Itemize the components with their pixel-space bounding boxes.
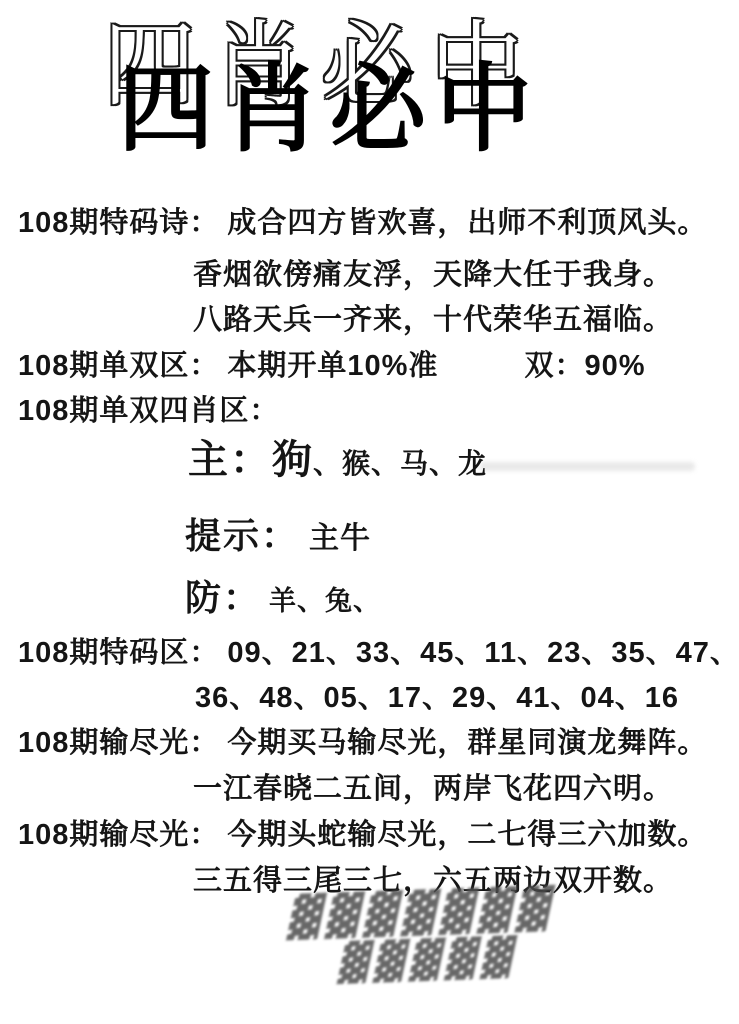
scan-smudge	[480, 462, 695, 471]
losing-verse-1-text: 今期买马输尽光，群星同演龙舞阵。	[227, 727, 707, 759]
poem-label: 108期特码诗：	[18, 207, 219, 239]
losing-verse-1-label: 108期输尽光：	[18, 727, 219, 759]
blurred-watermark-line-2: ▓▓▓▓▓	[337, 935, 525, 984]
four-zodiac-header: 108期单双四肖区：	[18, 388, 279, 429]
hint-label: 提示：	[185, 515, 299, 556]
odd-text: 本期开单10%准	[227, 350, 438, 382]
losing-verse-1-line-1: 108期输尽光：今期买马输尽光，群星同演龙舞阵。	[18, 720, 707, 761]
hint-text: 主牛	[309, 522, 371, 555]
page-title: 四肖必中	[118, 57, 542, 163]
main-label: 主：	[188, 438, 272, 482]
other-animals: 、猴、马、龙	[313, 448, 487, 479]
blurred-watermark-line-1: ▓▓▓▓▓▓▓	[286, 885, 562, 940]
main-zodiac-line: 主：狗、猴、马、龙	[188, 428, 487, 485]
hint-line: 提示：主牛	[185, 508, 371, 559]
poem-line-3: 八路天兵一齐来，十代荣华五福临。	[193, 297, 673, 338]
even-text: 双：90%	[524, 350, 645, 382]
poem-line-2: 香烟欲傍痛友浮，天降大任于我身。	[193, 252, 673, 293]
guard-text: 羊、兔、	[269, 586, 381, 616]
special-numbers-label: 108期特码区：	[18, 637, 219, 669]
poem-text-1: 成合四方皆欢喜，出师不利顶风头。	[227, 207, 707, 239]
poem-line-1: 108期特码诗：成合四方皆欢喜，出师不利顶风头。	[18, 200, 707, 241]
special-numbers-row-1: 09、21、33、45、11、23、35、47、12、24、	[227, 637, 739, 669]
losing-verse-2-line-1: 108期输尽光：今期头蛇输尽光，二七得三六加数。	[18, 812, 707, 853]
guard-label: 防：	[185, 577, 261, 618]
losing-verse-2-text: 今期头蛇输尽光，二七得三六加数。	[227, 819, 707, 851]
losing-verse-1-line-2: 一江春晓二五间，两岸飞花四六明。	[193, 766, 673, 807]
main-animal: 狗	[272, 438, 313, 482]
odd-even-label: 108期单双区：	[18, 350, 219, 382]
guard-line: 防：羊、兔、	[185, 570, 381, 621]
lottery-tip-sheet-page: 四肖必中 四肖必中 108期特码诗：成合四方皆欢喜，出师不利顶风头。 香烟欲傍痛…	[0, 0, 739, 1024]
special-numbers-line-2: 36、48、05、17、29、41、04、16	[195, 675, 679, 716]
losing-verse-2-label: 108期输尽光：	[18, 819, 219, 851]
special-numbers-line-1: 108期特码区：09、21、33、45、11、23、35、47、12、24、	[18, 630, 739, 671]
odd-even-line: 108期单双区：本期开单10%准双：90%	[18, 343, 645, 384]
